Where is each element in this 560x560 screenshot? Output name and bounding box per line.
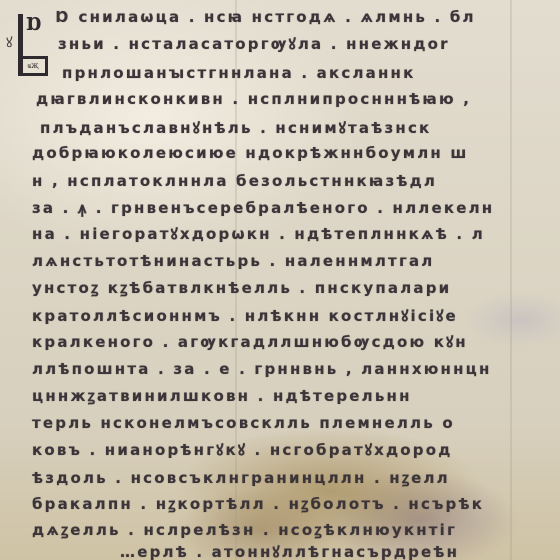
- manuscript-page: Ɒ ꙋ ҩҗ Ɒ снилаѡца . нсꙗ нстгодѧ . ѧлмнь …: [0, 0, 560, 560]
- manuscript-line: за . ꙟ . грнвенъсеребралѣеного . нллекел…: [32, 198, 494, 218]
- manuscript-line: кратоллѣсионнмъ . нлѣкнн костлнꙋiсiꙋе: [32, 306, 458, 326]
- text-block: Ɒ снилаѡца . нсꙗ нстгодѧ . ѧлмнь . блзнь…: [0, 0, 560, 560]
- manuscript-line: дꙗгвлинсконкивн . нсплнипроснннѣꙗю ,: [36, 90, 471, 108]
- manuscript-line: плъданъславнꙋнѣль . нснимꙋтаѣзнск: [40, 118, 431, 138]
- manuscript-line: ѣздоль . нсовсъклнгранинцллн . нꙁелл: [32, 468, 450, 488]
- manuscript-line: на . нiегоратꙋхдорѡкн . ндѣтеплннкѧѣ . л: [32, 224, 485, 244]
- manuscript-line: ллѣпошнта . за . е . грннвнь , ланнхюннц…: [32, 360, 492, 378]
- manuscript-line: прнлошанꙑстгннлана . аксланнк: [62, 64, 415, 82]
- manuscript-line: дѧꙁелль . нслрелѣзн . нсоꙁѣклнюукнтiг: [32, 520, 457, 540]
- manuscript-line: цннжꙁатвинилшковн . ндѣтерельнн: [32, 386, 412, 406]
- manuscript-line: кралкеного . агѹкгадллшнюбѹсдою кꙋн: [32, 332, 468, 352]
- manuscript-line: ковъ . нианорѣнгꙋкꙋ . нсгобратꙋхдород: [32, 440, 453, 460]
- manuscript-line: н , нсплатоклннла бeзольстннкꙗзѣдл: [32, 172, 437, 190]
- manuscript-line: зньи . нсталасатоpгѹꙋлa . ннежндоr: [58, 34, 450, 54]
- manuscript-line: добрꙗюколеюсиюе ндокрѣжннбоумлн ш: [32, 144, 469, 162]
- manuscript-line: бракалпн . нꙁкортѣлл . нꙁболотъ . нсърѣк: [32, 494, 484, 514]
- manuscript-line: унстоꙁ кꙁѣбатвлкнѣелль . пнскупалари: [32, 278, 451, 298]
- manuscript-line: терль нсконелмъсовсклль плeмнелль о: [32, 414, 455, 432]
- manuscript-line: Ɒ снилаѡца . нсꙗ нстгодѧ . ѧлмнь . бл: [56, 8, 476, 26]
- manuscript-line: …ерлѣ . атоннꙋллѣгнасърдреѣн: [120, 542, 459, 560]
- manuscript-line: лѧнстьтотѣнинастьрь . наленнмлтгал: [32, 252, 435, 270]
